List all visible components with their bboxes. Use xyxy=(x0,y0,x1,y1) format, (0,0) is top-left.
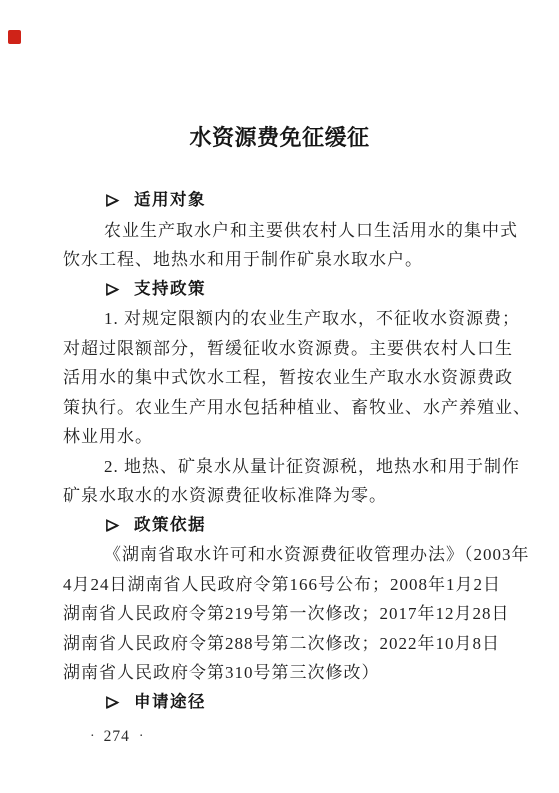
section-heading-label: 申请途径 xyxy=(134,688,206,718)
text-line: 4月24日湖南省人民政府令第166号公布；2008年1月2日 xyxy=(63,570,515,600)
page-title: 水资源费免征缓征 xyxy=(0,121,559,152)
document-page: 水资源费免征缓征 适用对象 农业生产取水户和主要供农村人口生活用水的集中式 饮水… xyxy=(0,0,559,793)
arrowhead-bullet-icon xyxy=(105,193,120,208)
text-line: 林业用水。 xyxy=(63,422,515,452)
text-line: 矿泉水取水的水资源费征收标准降为零。 xyxy=(63,481,515,511)
page-number: · 274 · xyxy=(90,728,144,746)
section-heading-policy-basis: 政策依据 xyxy=(63,511,515,541)
text-line: 农业生产取水户和主要供农村人口生活用水的集中式 xyxy=(63,216,515,246)
section-heading-label: 适用对象 xyxy=(134,186,206,216)
arrowhead-bullet-icon xyxy=(105,695,120,710)
arrowhead-bullet-icon xyxy=(105,282,120,297)
footer-page-number: 274 xyxy=(104,728,130,746)
section-heading-label: 支持政策 xyxy=(134,275,206,305)
text-line: 湖南省人民政府令第310号第三次修改） xyxy=(63,658,515,688)
section-heading-label: 政策依据 xyxy=(134,511,206,541)
text-line: 活用水的集中式饮水工程，暂按农业生产取水水资源费政 xyxy=(63,363,515,393)
arrowhead-bullet-icon xyxy=(105,518,120,533)
red-corner-marker xyxy=(8,30,21,44)
section-heading-support-policy: 支持政策 xyxy=(63,275,515,305)
text-line: 2. 地热、矿泉水从量计征资源税，地热水和用于制作 xyxy=(63,452,515,482)
footer-left-dot: · xyxy=(90,729,95,745)
text-line: 湖南省人民政府令第219号第一次修改；2017年12月28日 xyxy=(63,599,515,629)
section-heading-application-channel: 申请途径 xyxy=(63,688,515,718)
text-line: 《湖南省取水许可和水资源费征收管理办法》（2003年 xyxy=(63,540,515,570)
text-line: 湖南省人民政府令第288号第二次修改；2022年10月8日 xyxy=(63,629,515,659)
text-line: 策执行。农业生产用水包括种植业、畜牧业、水产养殖业、 xyxy=(63,393,515,423)
text-line: 饮水工程、地热水和用于制作矿泉水取水户。 xyxy=(63,245,515,275)
section-heading-eligible-targets: 适用对象 xyxy=(63,186,515,216)
document-body: 适用对象 农业生产取水户和主要供农村人口生活用水的集中式 饮水工程、地热水和用于… xyxy=(63,186,515,717)
text-line: 1. 对规定限额内的农业生产取水，不征收水资源费； xyxy=(63,304,515,334)
text-line: 对超过限额部分，暂缓征收水资源费。主要供农村人口生 xyxy=(63,334,515,364)
footer-right-dot: · xyxy=(139,729,144,745)
